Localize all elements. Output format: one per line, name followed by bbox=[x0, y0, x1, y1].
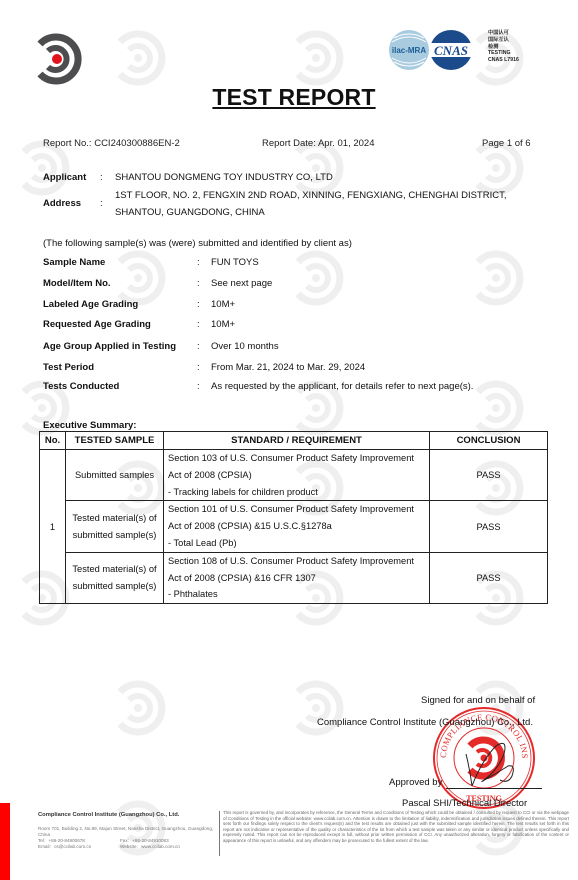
report-number: Report No.: CCI240300886EN-2 bbox=[43, 138, 180, 149]
cci-logo-icon bbox=[30, 30, 84, 88]
field-value: As requested by the applicant, for detai… bbox=[211, 381, 473, 392]
separator: : bbox=[197, 362, 200, 373]
executive-summary-label: Executive Summary: bbox=[43, 420, 136, 431]
standard-line: Act of 2008 (CPSIA) &15 U.S.C.§1278a bbox=[168, 518, 429, 535]
separator: : bbox=[197, 381, 200, 392]
table-row: Tested material(s) ofsubmitted sample(s)… bbox=[40, 552, 548, 603]
field-label: Test Period bbox=[43, 362, 94, 373]
cn-accreditation-line: 中国认可 bbox=[488, 30, 519, 37]
tested-sample-cell: Submitted samples bbox=[66, 450, 164, 501]
field-label: Age Group Applied in Testing bbox=[43, 341, 176, 352]
page-title: TEST REPORT bbox=[0, 84, 578, 111]
footer-legal-text: This report is governed by, and incorpor… bbox=[223, 810, 569, 844]
conclusion-cell: PASS bbox=[430, 552, 548, 603]
standard-cell: Section 103 of U.S. Consumer Product Saf… bbox=[164, 450, 430, 501]
tested-sample-cell: Tested material(s) ofsubmitted sample(s) bbox=[66, 552, 164, 603]
footer-company: Compliance Control Institute (Guangzhou)… bbox=[38, 812, 179, 818]
standard-line: Act of 2008 (CPSIA) &16 CFR 1307 bbox=[168, 570, 429, 587]
separator: : bbox=[197, 299, 200, 310]
watermark-logo-icon bbox=[110, 250, 166, 306]
watermark-logo-icon bbox=[468, 380, 524, 436]
field-value: 10M+ bbox=[211, 319, 235, 330]
conclusion-cell: PASS bbox=[430, 450, 548, 501]
tested-sample-line: submitted sample(s) bbox=[66, 578, 163, 595]
separator: : bbox=[197, 257, 200, 268]
table-row: 1Submitted samplesSection 103 of U.S. Co… bbox=[40, 450, 548, 501]
svg-text:CNAS: CNAS bbox=[434, 43, 468, 58]
footer-accent-bar bbox=[0, 803, 10, 880]
watermark-logo-icon bbox=[288, 250, 344, 306]
page-number: Page 1 of 6 bbox=[482, 138, 531, 149]
watermark-logo-icon bbox=[110, 30, 166, 86]
separator: : bbox=[100, 172, 103, 183]
column-header-no: No. bbox=[40, 432, 66, 450]
accreditation-logos: ilac-MRA CNAS 中国认可 国际互认 检测 TESTING CNAS … bbox=[388, 30, 568, 70]
field-label: Sample Name bbox=[43, 257, 105, 268]
footer-fax: Fax：+86-20-84910083 bbox=[120, 838, 169, 843]
svg-text:ilac-MRA: ilac-MRA bbox=[392, 46, 426, 55]
standard-line: - Phthalates bbox=[168, 586, 429, 603]
field-label: Model/Item No. bbox=[43, 278, 111, 289]
signer-name: Pascal SHI/Technical Director bbox=[402, 798, 527, 809]
report-date: Report Date: Apr. 01, 2024 bbox=[262, 138, 375, 149]
standard-line: - Tracking labels for children product bbox=[168, 484, 429, 501]
approved-by-label: Approved by bbox=[389, 777, 442, 788]
standard-cell: Section 101 of U.S. Consumer Product Saf… bbox=[164, 501, 430, 552]
watermark-logo-icon bbox=[468, 250, 524, 306]
separator: : bbox=[197, 278, 200, 289]
footer-divider bbox=[219, 811, 220, 856]
handwritten-signature-icon bbox=[462, 740, 522, 790]
footer-email[interactable]: Email：cs@ccilab.com.cn bbox=[38, 844, 120, 850]
column-header-tested-sample: TESTED SAMPLE bbox=[66, 432, 164, 450]
field-value: See next page bbox=[211, 278, 272, 289]
executive-summary-table: No. TESTED SAMPLE STANDARD / REQUIREMENT… bbox=[39, 431, 548, 604]
column-header-conclusion: CONCLUSION bbox=[430, 432, 548, 450]
field-label: Tests Conducted bbox=[43, 381, 119, 392]
separator: : bbox=[100, 198, 103, 209]
footer-website[interactable]: Website：www.ccilab.com.cn bbox=[120, 844, 180, 849]
field-value: FUN TOYS bbox=[211, 257, 259, 268]
ilac-mra-icon: ilac-MRA bbox=[389, 30, 429, 70]
footer-address: Room 701, Building 2, No.89, Majun Stree… bbox=[38, 826, 218, 838]
tested-sample-line: submitted sample(s) bbox=[66, 527, 163, 544]
tested-sample-line: Submitted samples bbox=[66, 467, 163, 484]
sample-intro: (The following sample(s) was (were) subm… bbox=[43, 238, 352, 249]
standard-line: Section 108 of U.S. Consumer Product Saf… bbox=[168, 553, 429, 570]
signature-line bbox=[446, 788, 542, 789]
standard-line: Section 103 of U.S. Consumer Product Saf… bbox=[168, 450, 429, 467]
tested-sample-line: Tested material(s) of bbox=[66, 510, 163, 527]
column-header-standard: STANDARD / REQUIREMENT bbox=[164, 432, 430, 450]
watermark-logo-icon bbox=[288, 30, 344, 86]
field-value: Over 10 months bbox=[211, 341, 279, 352]
field-value: From Mar. 21, 2024 to Mar. 29, 2024 bbox=[211, 362, 365, 373]
watermark-logo-icon bbox=[110, 680, 166, 736]
address-line-2: SHANTOU, GUANGDONG, CHINA bbox=[115, 207, 265, 218]
table-header-row: No. TESTED SAMPLE STANDARD / REQUIREMENT… bbox=[40, 432, 548, 450]
separator: : bbox=[197, 319, 200, 330]
conclusion-cell: PASS bbox=[430, 501, 548, 552]
row-number: 1 bbox=[40, 450, 66, 604]
tested-sample-line: Tested material(s) of bbox=[66, 561, 163, 578]
address-line-1: 1ST FLOOR, NO. 2, FENGXIN 2ND ROAD, XINN… bbox=[115, 190, 507, 201]
standard-line: Section 101 of U.S. Consumer Product Saf… bbox=[168, 501, 429, 518]
applicant-value: SHANTOU DONGMENG TOY INDUSTRY CO, LTD bbox=[115, 172, 333, 183]
field-label: Labeled Age Grading bbox=[43, 299, 138, 310]
cnas-number: CNAS L7916 bbox=[488, 57, 519, 64]
separator: : bbox=[197, 341, 200, 352]
table-row: Tested material(s) ofsubmitted sample(s)… bbox=[40, 501, 548, 552]
testing-label: TESTING bbox=[488, 50, 519, 57]
cnas-icon: CNAS bbox=[430, 30, 472, 70]
standard-cell: Section 108 of U.S. Consumer Product Saf… bbox=[164, 552, 430, 603]
signed-on-behalf: Signed for and on behalf of bbox=[421, 695, 535, 706]
address-label: Address bbox=[43, 198, 81, 209]
cn-accreditation-line: 检测 bbox=[488, 44, 519, 51]
field-value: 10M+ bbox=[211, 299, 235, 310]
cn-accreditation-line: 国际互认 bbox=[488, 37, 519, 44]
tested-sample-cell: Tested material(s) ofsubmitted sample(s) bbox=[66, 501, 164, 552]
signing-company: Compliance Control Institute (Guangzhou)… bbox=[317, 717, 533, 728]
standard-line: - Total Lead (Pb) bbox=[168, 535, 429, 552]
field-label: Requested Age Grading bbox=[43, 319, 151, 330]
applicant-label: Applicant bbox=[43, 172, 86, 183]
standard-line: Act of 2008 (CPSIA) bbox=[168, 467, 429, 484]
footer-contact: Room 701, Building 2, No.89, Majun Stree… bbox=[38, 826, 218, 850]
